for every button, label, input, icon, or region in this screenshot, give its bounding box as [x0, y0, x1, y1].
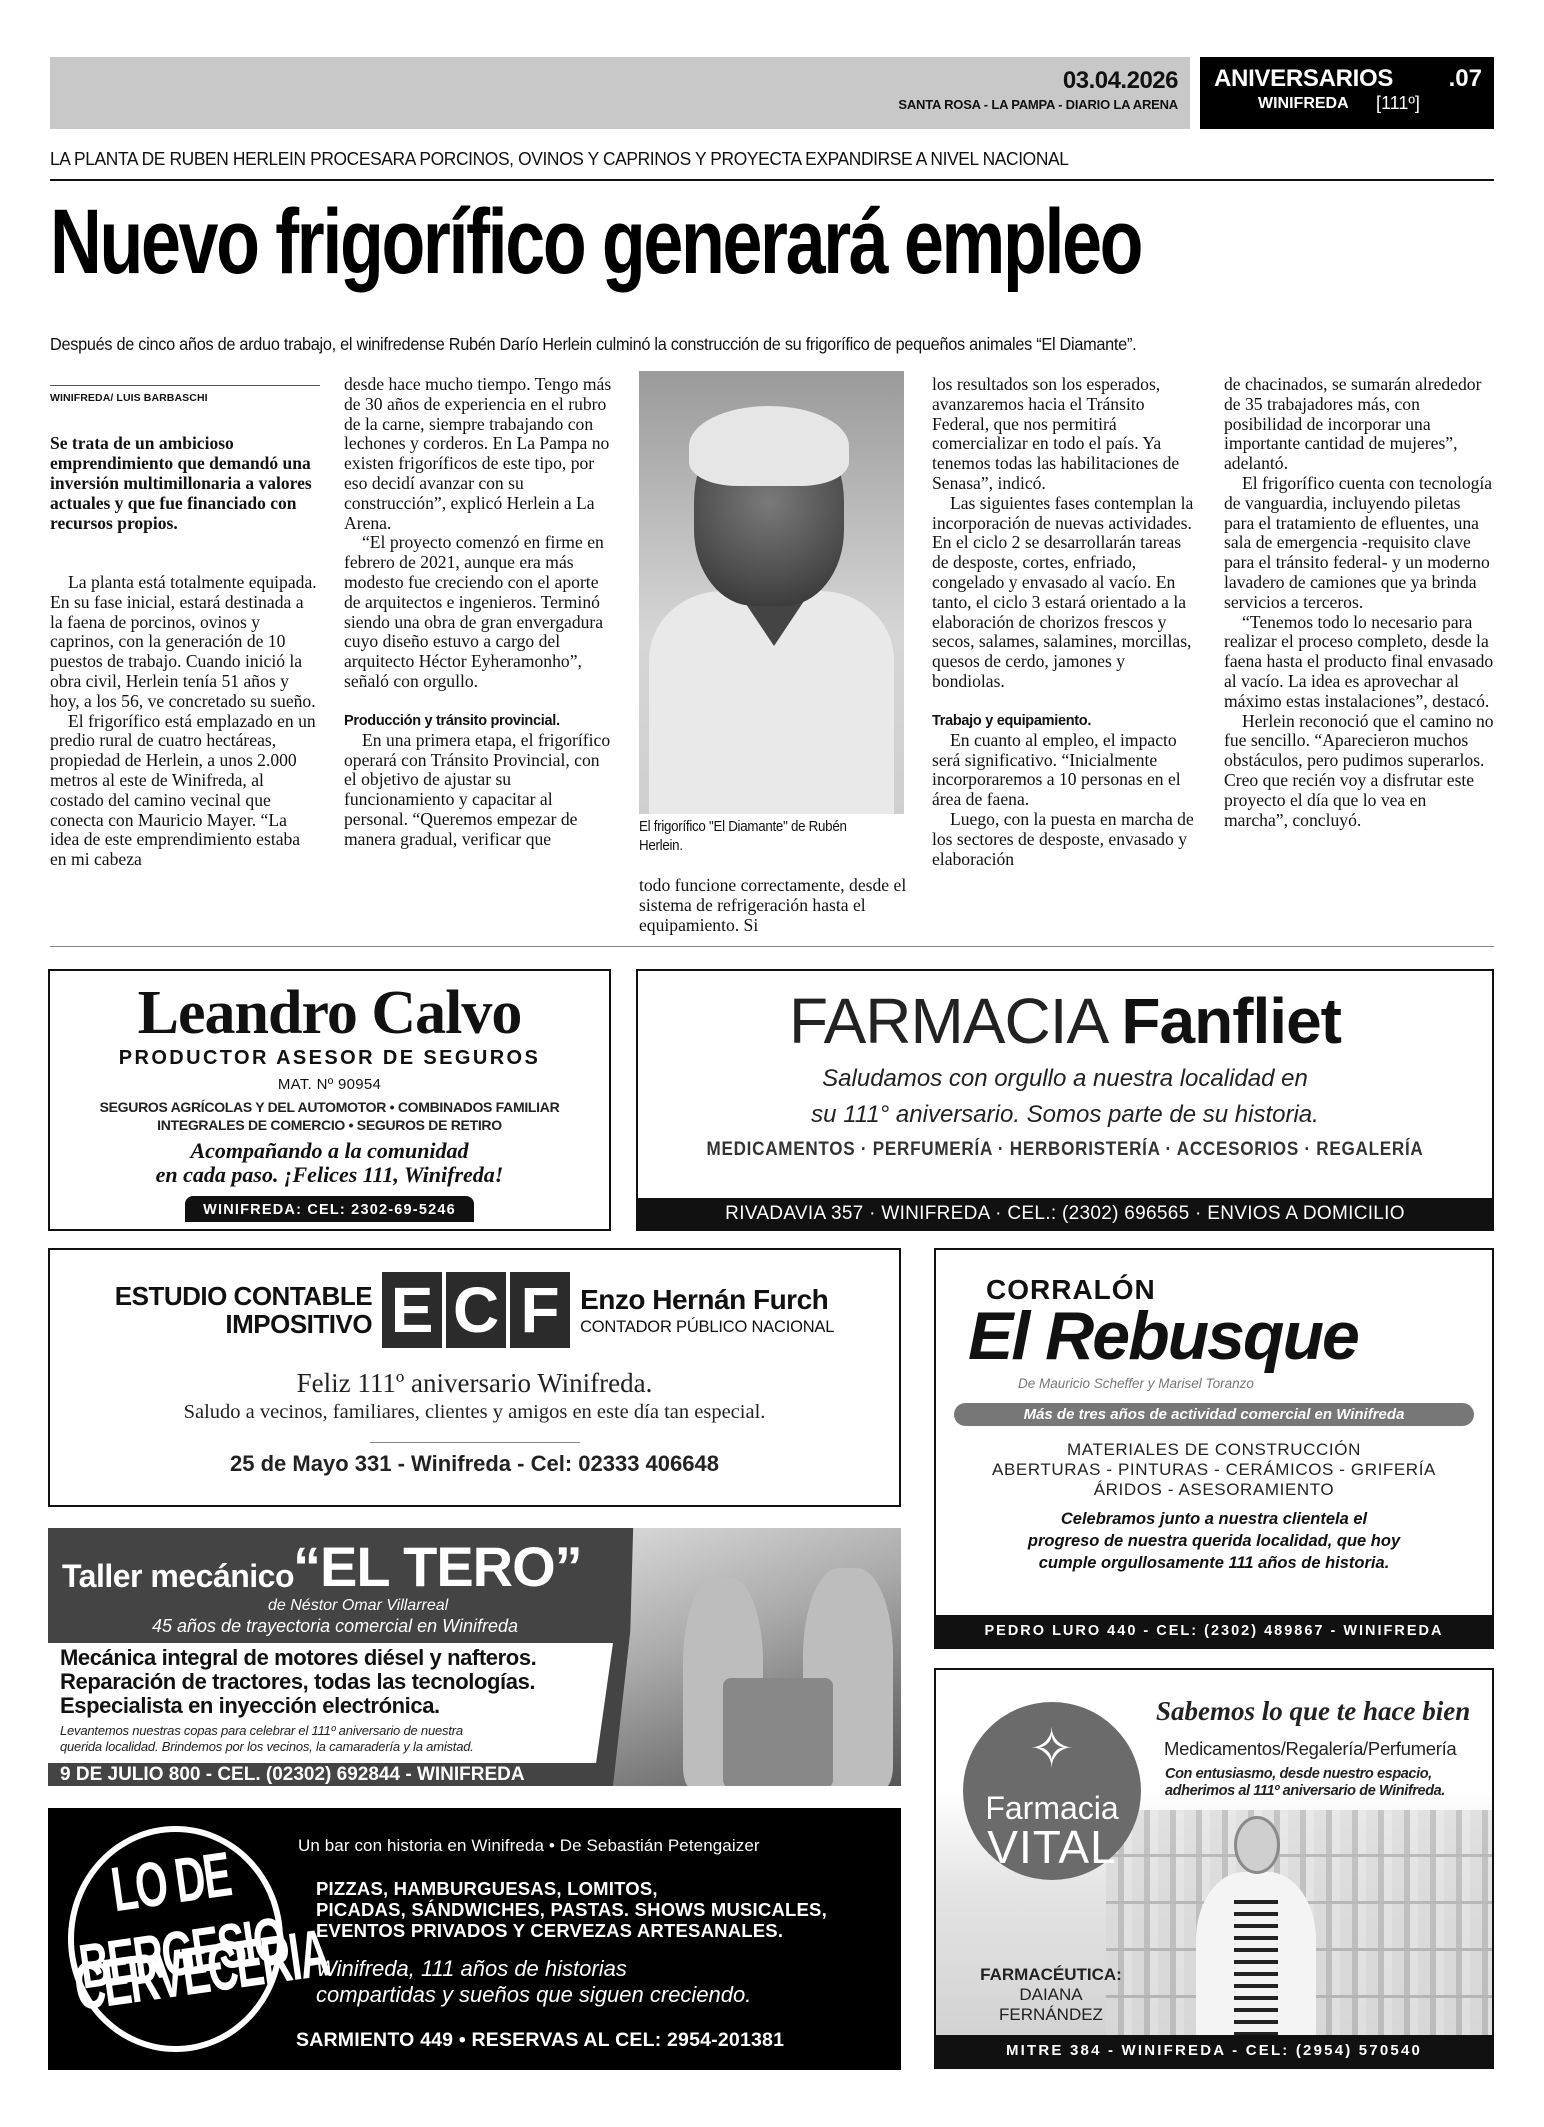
- ad-services: Mecánica integral de motores diésel y na…: [60, 1646, 536, 1718]
- ad-message-line: adherimos al 111º aniversario de Winifre…: [1165, 1783, 1445, 1800]
- ad-service-line: Reparación de tractores, todas las tecno…: [60, 1670, 536, 1694]
- paragraph: El frigorífico cuenta con tecnología de …: [1224, 474, 1494, 613]
- article-column-2: desde hace mucho tiempo. Tengo más de 30…: [344, 375, 614, 850]
- divider: [50, 179, 1494, 181]
- ad-contact: SARMIENTO 449 • RESERVAS AL CEL: 2954-20…: [296, 2029, 784, 2052]
- ad-services: SEGUROS AGRÍCOLAS Y DEL AUTOMOTOR • COMB…: [50, 1098, 609, 1134]
- ad-message-line: Celebramos junto a nuestra clientela el: [936, 1508, 1492, 1530]
- article-lead: Se trata de un ambicioso emprendimiento …: [50, 433, 320, 533]
- ad-owners: De Mauricio Scheffer y Marisel Toranzo: [936, 1376, 1492, 1391]
- byline: WINIFREDA/ LUIS BARBASCHI: [50, 392, 208, 404]
- ad-photo-mechanics: [613, 1528, 901, 1786]
- photo-caption: El frigorífico "El Diamante" de Rubén He…: [639, 818, 883, 856]
- paragraph: todo funcione correctamente, desde el si…: [639, 876, 909, 935]
- ad-slogan: Sabemos lo que te hace bien: [1156, 1696, 1470, 1727]
- ad-message: Levantemos nuestras copas para celebrar …: [60, 1723, 474, 1755]
- ad-brand-name: FARMACIA Fanfliet: [638, 985, 1492, 1057]
- ad-product-line: MATERIALES DE CONSTRUCCIÓN: [936, 1440, 1492, 1460]
- ad-tagline: 45 años de trayectoria comercial en Wini…: [152, 1616, 518, 1637]
- ad-corralon-el-rebusque: CORRALÓN El Rebusque De Mauricio Scheffe…: [934, 1248, 1494, 1649]
- ad-menu: PIZZAS, HAMBURGUESAS, LOMITOS, PICADAS, …: [316, 1878, 827, 1941]
- ad-services: MEDICAMENTOS · PERFUMERÍA · HERBORISTERÍ…: [681, 1139, 1450, 1161]
- ad-message-line: cumple orgullosamente 111 años de histor…: [936, 1552, 1492, 1574]
- ad-estudio-contable-ecf: ESTUDIO CONTABLE IMPOSITIVO E C F Enzo H…: [48, 1248, 901, 1507]
- ad-greeting: Feliz 111º aniversario Winifreda.: [50, 1368, 899, 1399]
- ad-owner: de Néstor Omar Villarreal: [268, 1597, 448, 1615]
- bergesio-logo: LO DE BERGESIO CERVECERIA: [68, 1826, 283, 2052]
- ad-business-type-line: IMPOSITIVO: [115, 1310, 372, 1338]
- ad-message-line: progreso de nuestra querida localidad, q…: [936, 1530, 1492, 1552]
- ad-business-type: ESTUDIO CONTABLE IMPOSITIVO: [115, 1282, 372, 1338]
- ad-contact-bar: MITRE 384 - WINIFREDA - CEL: (2954) 5705…: [936, 2035, 1492, 2067]
- ad-message: Con entusiasmo, desde nuestro espacio, a…: [1165, 1766, 1445, 1800]
- ad-slogan: Acompañando a la comunidad en cada paso.…: [50, 1139, 609, 1187]
- ad-message-line: Saludamos con orgullo a nuestra localida…: [638, 1061, 1492, 1097]
- photo-subject-hair: [689, 406, 849, 486]
- ad-menu-line: PICADAS, SÁNDWICHES, PASTAS. SHOWS MUSIC…: [316, 1899, 827, 1920]
- vital-logo: ✧ Farmacia VITAL: [963, 1702, 1141, 1880]
- ad-message-line: compartidas y sueños que siguen creciend…: [316, 1982, 751, 2008]
- paragraph: Luego, con la puesta en marcha de los se…: [932, 810, 1202, 869]
- ad-message-line: Levantemos nuestras copas para celebrar …: [60, 1723, 474, 1739]
- ad-brand-main: Fanfliet: [1121, 985, 1341, 1057]
- paragraph: La planta está totalmente equipada. En s…: [50, 573, 320, 712]
- ad-license: MAT. Nº 90954: [50, 1076, 609, 1093]
- divider: [50, 385, 320, 386]
- ad-business-type-line: ESTUDIO CONTABLE: [115, 1282, 372, 1310]
- ad-tagline: Un bar con historia en Winifreda • De Se…: [298, 1836, 760, 1856]
- page-header-bar: 03.04.2026 SANTA ROSA - LA PAMPA - DIARI…: [50, 57, 1190, 129]
- ad-product-line: ABERTURAS - PINTURAS - CERÁMICOS - GRIFE…: [936, 1460, 1492, 1480]
- ad-pharmacist-name: DAIANA FERNÁNDEZ: [999, 1985, 1103, 2024]
- paragraph: Las siguientes fases contemplan la incor…: [932, 494, 1202, 692]
- divider: [370, 1442, 580, 1443]
- page-number: .07: [1449, 65, 1482, 93]
- ad-menu-line: EVENTOS PRIVADOS Y CERVEZAS ARTESANALES.: [316, 1920, 827, 1941]
- ad-message: Saludo a vecinos, familiares, clientes y…: [50, 1401, 899, 1424]
- photo-engine-block: [723, 1678, 833, 1786]
- section-title: ANIVERSARIOS: [1214, 65, 1393, 93]
- photo-pharmacist: [1196, 1810, 1316, 2042]
- ad-header: Taller mecánico “EL TERO” de Néstor Omar…: [48, 1528, 608, 1638]
- logo-text: VITAL: [963, 1820, 1141, 1874]
- ad-leandro-calvo: Leandro Calvo PRODUCTOR ASESOR DE SEGURO…: [48, 969, 611, 1231]
- paragraph: los resultados son los esperados, avanza…: [932, 375, 1202, 494]
- photo-face: [1234, 1816, 1280, 1874]
- ad-message-line: Winifreda, 111 años de historias: [316, 1956, 751, 1982]
- article-column-5: de chacinados, se sumarán alrededor de 3…: [1224, 375, 1494, 830]
- logo-letter: C: [446, 1272, 506, 1348]
- ad-pharmacist-label: FARMACÉUTICA:: [966, 1965, 1136, 1985]
- ad-badge: Más de tres años de actividad comercial …: [954, 1403, 1474, 1426]
- photo-striped-shirt: [1234, 1900, 1278, 2040]
- ad-service-line: Mecánica integral de motores diésel y na…: [60, 1646, 536, 1670]
- article-column-3: todo funcione correctamente, desde el si…: [639, 876, 909, 935]
- divider: [50, 946, 1494, 947]
- ad-contact-bar: RIVADAVIA 357 · WINIFREDA · CEL.: (2302)…: [638, 1198, 1492, 1229]
- paragraph: Herlein reconoció que el camino no fue s…: [1224, 712, 1494, 831]
- ad-slogan-line: en cada paso. ¡Felices 111, Winifreda!: [50, 1163, 609, 1187]
- ad-owner-name: Enzo Hernán Furch: [580, 1284, 834, 1316]
- publication-location: SANTA ROSA - LA PAMPA - DIARIO LA ARENA: [898, 97, 1178, 112]
- article-subhead: Trabajo y equipamiento.: [932, 712, 1202, 731]
- ad-service-line: INTEGRALES DE COMERCIO • SEGUROS DE RETI…: [50, 1116, 609, 1134]
- article-deck: Después de cinco años de arduo trabajo, …: [50, 334, 1136, 355]
- ad-message-line: Con entusiasmo, desde nuestro espacio,: [1165, 1766, 1445, 1783]
- ad-menu-line: PIZZAS, HAMBURGUESAS, LOMITOS,: [316, 1878, 827, 1899]
- ad-taller-el-tero: Taller mecánico “EL TERO” de Néstor Omar…: [48, 1528, 901, 1786]
- ad-brand-prefix: FARMACIA: [789, 985, 1105, 1057]
- paragraph: “El proyecto comenzó en firme en febrero…: [344, 533, 614, 691]
- paragraph: El frigorífico está emplazado en un pred…: [50, 712, 320, 870]
- ad-brand-name: El Rebusque: [936, 1302, 1492, 1370]
- section-town: WINIFREDA: [1258, 95, 1349, 113]
- section-box: ANIVERSARIOS .07 WINIFREDA [111º]: [1200, 57, 1494, 129]
- ad-slogan-line: Acompañando a la comunidad: [50, 1139, 609, 1163]
- ad-subtitle: PRODUCTOR ASESOR DE SEGUROS: [50, 1047, 609, 1070]
- article-headline: Nuevo frigorífico generará empleo: [50, 196, 1141, 288]
- ad-business-type: Taller mecánico: [62, 1558, 294, 1595]
- article-subhead: Producción y tránsito provincial.: [344, 712, 614, 731]
- ad-farmacia-vital: ✧ Farmacia VITAL Sabemos lo que te hace …: [934, 1668, 1494, 2069]
- ad-farmacia-fanfliet: FARMACIA Fanfliet Saludamos con orgullo …: [636, 969, 1494, 1231]
- ad-header: ESTUDIO CONTABLE IMPOSITIVO E C F Enzo H…: [50, 1272, 899, 1348]
- ad-message: Winifreda, 111 años de historias compart…: [316, 1956, 751, 2008]
- ad-contact-bar: 9 DE JULIO 800 - CEL. (02302) 692844 - W…: [48, 1763, 648, 1786]
- paragraph: de chacinados, se sumarán alrededor de 3…: [1224, 375, 1494, 474]
- ad-product-line: ÁRIDOS - ASESORAMIENTO: [936, 1480, 1492, 1500]
- ad-owner-title: CONTADOR PÚBLICO NACIONAL: [580, 1318, 834, 1337]
- star-cross-icon: ✧: [1029, 1722, 1074, 1776]
- ecf-logo: E C F: [382, 1272, 570, 1348]
- ad-contact-bar: PEDRO LURO 440 - CEL: (2302) 489867 - WI…: [936, 1615, 1492, 1647]
- paragraph: En una primera etapa, el frigorífico ope…: [344, 731, 614, 850]
- ad-pharmacist: FARMACÉUTICA: DAIANA FERNÁNDEZ: [966, 1965, 1136, 2025]
- ad-service-line: SEGUROS AGRÍCOLAS Y DEL AUTOMOTOR • COMB…: [50, 1098, 609, 1116]
- ad-message: Saludamos con orgullo a nuestra localida…: [638, 1061, 1492, 1133]
- paragraph: En cuanto al empleo, el impacto será sig…: [932, 731, 1202, 810]
- logo-letter: E: [382, 1272, 442, 1348]
- paragraph: desde hace mucho tiempo. Tengo más de 30…: [344, 375, 614, 533]
- ad-message-line: querida localidad. Brindemos por los vec…: [60, 1739, 474, 1755]
- ad-owner: Enzo Hernán Furch CONTADOR PÚBLICO NACIO…: [580, 1284, 834, 1337]
- article-kicker: LA PLANTA DE RUBEN HERLEIN PROCESARA POR…: [50, 148, 1069, 170]
- ad-service-line: Especialista en inyección electrónica.: [60, 1694, 536, 1718]
- ad-categories: Medicamentos/Regalería/Perfumería: [1164, 1738, 1456, 1760]
- ad-contact-phone: WINIFREDA: CEL: 2302-69-5246: [185, 1196, 474, 1222]
- paragraph: “Tenemos todo lo necesario para realizar…: [1224, 613, 1494, 712]
- ad-message: Celebramos junto a nuestra clientela el …: [936, 1508, 1492, 1574]
- article-photo: [639, 371, 904, 814]
- logo-letter: F: [510, 1272, 570, 1348]
- anniversary-badge: [111º]: [1376, 93, 1420, 114]
- ad-lo-de-bergesio: LO DE BERGESIO CERVECERIA Un bar con his…: [48, 1808, 901, 2070]
- article-column-4: los resultados son los esperados, avanza…: [932, 375, 1202, 869]
- article-column-1: La planta está totalmente equipada. En s…: [50, 573, 320, 870]
- issue-date: 03.04.2026: [1063, 67, 1178, 95]
- ad-brand-name: “EL TERO”: [293, 1534, 582, 1599]
- ad-products: MATERIALES DE CONSTRUCCIÓN ABERTURAS - P…: [936, 1440, 1492, 1500]
- ad-message-line: su 111° aniversario. Somos parte de su h…: [638, 1097, 1492, 1133]
- ad-brand-name: Leandro Calvo: [50, 981, 609, 1045]
- ad-address: 25 de Mayo 331 - Winifreda - Cel: 02333 …: [50, 1451, 899, 1477]
